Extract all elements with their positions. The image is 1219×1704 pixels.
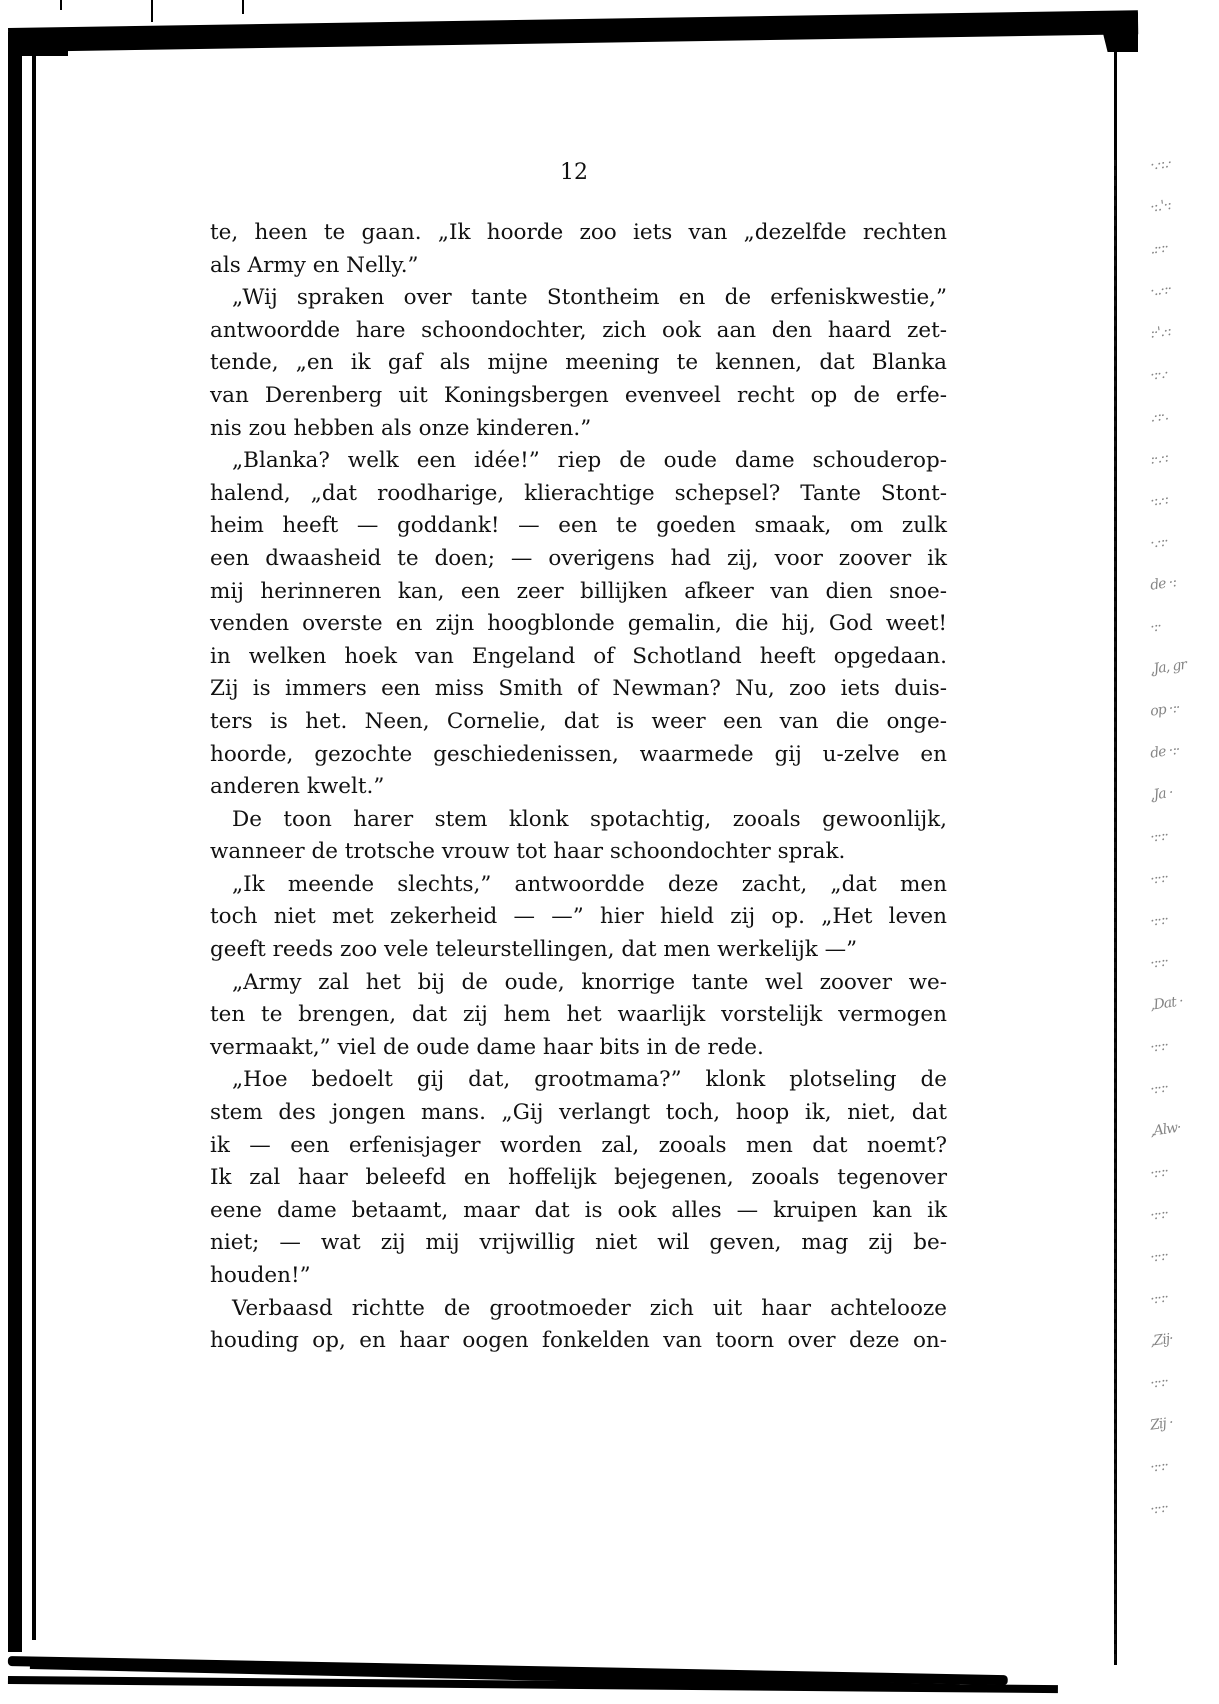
scan-edge-top <box>8 10 1138 52</box>
text-line: tende, „en ik gaf als mijne meening te k… <box>210 347 947 380</box>
text-line: „Wij spraken over tante Stontheim en de … <box>210 282 947 315</box>
text-line: venden overste en zijn hoogblonde gemali… <box>210 608 947 641</box>
page-right-edge-dotted <box>1114 160 1116 1660</box>
text-line: anderen kwelt.” <box>210 771 947 804</box>
text-line: Zij is immers een miss Smith of Newman? … <box>210 673 947 706</box>
text-line: heim heeft — goddank! — een te goeden sm… <box>210 510 947 543</box>
text-line: eene dame betaamt, maar dat is ook alles… <box>210 1195 947 1228</box>
text-line: van Derenberg uit Koningsbergen evenveel… <box>210 380 947 413</box>
page-number: 12 <box>560 160 588 185</box>
text-line: houden!” <box>210 1260 947 1293</box>
scan-edge-left <box>8 32 22 1652</box>
text-line: toch niet met zekerheid — —” hier hield … <box>210 901 947 934</box>
text-line: in welken hoek van Engeland of Schotland… <box>210 641 947 674</box>
text-line: vermaakt,” viel de oude dame haar bits i… <box>210 1032 947 1065</box>
body-text: te, heen te gaan. „Ik hoorde zoo iets va… <box>210 217 947 1358</box>
text-line: De toon harer stem klonk spotachtig, zoo… <box>210 804 947 837</box>
text-line: niet; — wat zij mij vrijwillig niet wil … <box>210 1227 947 1260</box>
text-line: ters is het. Neen, Cornelie, dat is weer… <box>210 706 947 739</box>
text-line: antwoordde hare schoondochter, zich ook … <box>210 315 947 348</box>
facing-page-bleed-through: ·.·:.··:.'·:.:·:··..·:·:·'.·:·:·.·.·:·.:… <box>1150 140 1219 1520</box>
text-line: stem des jongen mans. „Gij verlangt toch… <box>210 1097 947 1130</box>
text-line: ten te brengen, dat zij hem het waarlijk… <box>210 999 947 1032</box>
text-line: hoorde, gezochte geschiedenissen, waarme… <box>210 739 947 772</box>
text-line: „Army zal het bij de oude, knorrige tant… <box>210 967 947 1000</box>
text-line: ik — een erfenisjager worden zal, zooals… <box>210 1130 947 1163</box>
text-line: wanneer de trotsche vrouw tot haar schoo… <box>210 836 947 869</box>
text-line: houding op, en haar oogen fonkelden van … <box>210 1325 947 1358</box>
bleed-fragment: ·:·:· <box>1147 1479 1219 1530</box>
scan-tick <box>60 0 62 10</box>
text-line: een dwaasheid te doen; — overigens had z… <box>210 543 947 576</box>
text-line: geeft reeds zoo vele teleurstellingen, d… <box>210 934 947 967</box>
text-line: mij herinneren kan, een zeer billijken a… <box>210 576 947 609</box>
scan-edge-left-inner <box>32 40 36 1640</box>
scan-tick <box>151 0 153 22</box>
text-line: Verbaasd richtte de grootmoeder zich uit… <box>210 1293 947 1326</box>
text-line: nis zou hebben als onze kinderen.” <box>210 413 947 446</box>
text-line: „Ik meende slechts,” antwoordde deze zac… <box>210 869 947 902</box>
text-line: te, heen te gaan. „Ik hoorde zoo iets va… <box>210 217 947 250</box>
text-line: halend, „dat roodharige, klierachtige sc… <box>210 478 947 511</box>
text-line: „Blanka? welk een idée!” riep de oude da… <box>210 445 947 478</box>
text-line: als Army en Nelly.” <box>210 250 947 283</box>
text-line: Ik zal haar beleefd en hoffelijk bejegen… <box>210 1162 947 1195</box>
scan-tick <box>242 0 244 14</box>
text-line: „Hoe bedoelt gij dat, grootmama?” klonk … <box>210 1064 947 1097</box>
